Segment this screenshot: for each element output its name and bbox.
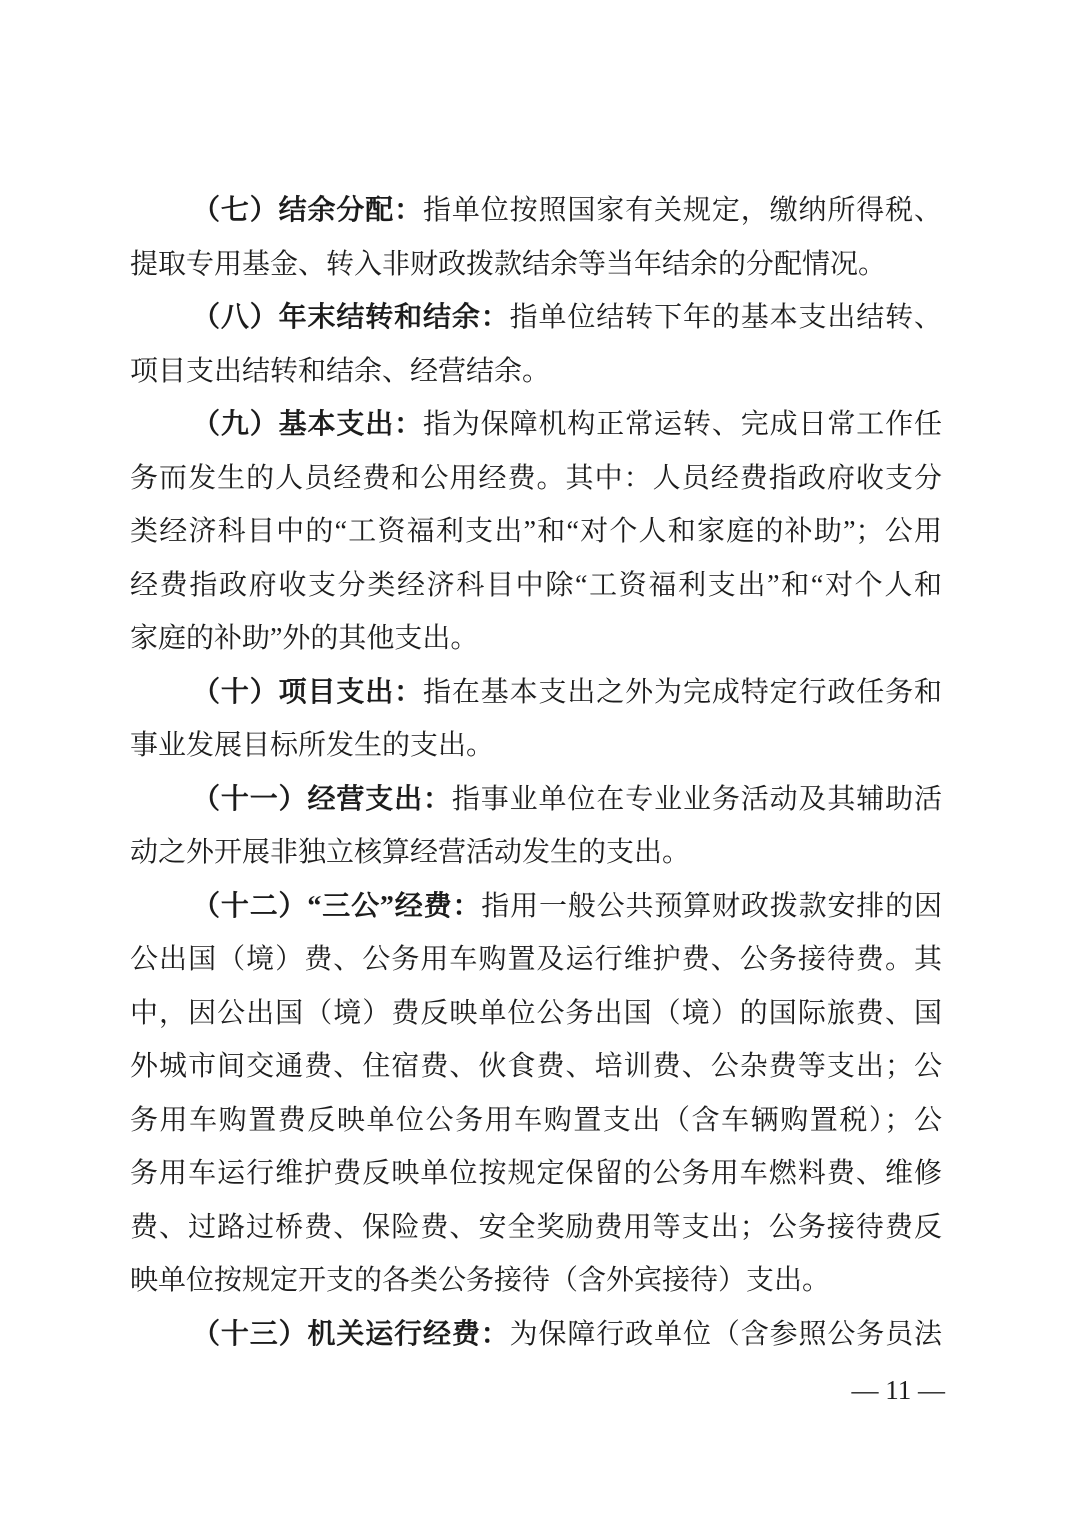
text-line: （十三）机关运行经费：为保障行政单位（含参照公务员法 bbox=[130, 1308, 942, 1362]
paragraph: （七）结余分配：指单位按照国家有关规定，缴纳所得税、提取专用基金、转入非财政拨款… bbox=[130, 184, 942, 291]
text-line: 外城市间交通费、住宿费、伙食费、培训费、公杂费等支出；公 bbox=[130, 1040, 942, 1094]
text-line: 费、过路过桥费、保险费、安全奖励费用等支出；公务接待费反 bbox=[130, 1201, 942, 1255]
paragraph: （十三）机关运行经费：为保障行政单位（含参照公务员法 bbox=[130, 1308, 942, 1362]
paragraph: （十）项目支出：指在基本支出之外为完成特定行政任务和事业发展目标所发生的支出。 bbox=[130, 666, 942, 773]
text-line: 提取专用基金、转入非财政拨款结余等当年结余的分配情况。 bbox=[130, 238, 942, 292]
body-run: 中，因公出国（境）费反映单位公务出国（境）的国际旅费、国 bbox=[130, 998, 942, 1029]
body-run: 外城市间交通费、住宿费、伙食费、培训费、公杂费等支出；公 bbox=[130, 1051, 942, 1082]
text-line: 家庭的补助”外的其他支出。 bbox=[130, 612, 942, 666]
text-line: 中，因公出国（境）费反映单位公务出国（境）的国际旅费、国 bbox=[130, 987, 942, 1041]
body-run: 类经济科目中的“工资福利支出”和“对个人和家庭的补助”；公用 bbox=[130, 516, 942, 547]
text-line: 公出国（境）费、公务用车购置及运行维护费、公务接待费。其 bbox=[130, 933, 942, 987]
body-run: 公出国（境）费、公务用车购置及运行维护费、公务接待费。其 bbox=[130, 944, 942, 975]
text-line: （七）结余分配：指单位按照国家有关规定，缴纳所得税、 bbox=[130, 184, 942, 238]
body-run: 家庭的补助”外的其他支出。 bbox=[130, 623, 478, 654]
heading-run: （十三）机关运行经费： bbox=[192, 1319, 510, 1350]
text-line: （八）年末结转和结余：指单位结转下年的基本支出结转、 bbox=[130, 291, 942, 345]
body-run: 指单位按照国家有关规定，缴纳所得税、 bbox=[423, 195, 942, 226]
heading-run: （十二）“三公”经费： bbox=[192, 891, 481, 922]
text-line: 动之外开展非独立核算经营活动发生的支出。 bbox=[130, 826, 942, 880]
body-run: 务用车运行维护费反映单位按规定保留的公务用车燃料费、维修 bbox=[130, 1158, 942, 1189]
body-run: 务而发生的人员经费和公用经费。其中：人员经费指政府收支分 bbox=[130, 463, 942, 494]
body-run: 为保障行政单位（含参照公务员法 bbox=[510, 1319, 942, 1350]
body-run: 务用车购置费反映单位公务用车购置支出（含车辆购置税）；公 bbox=[130, 1105, 942, 1136]
text-line: 项目支出结转和结余、经营结余。 bbox=[130, 345, 942, 399]
paragraph: （十一）经营支出：指事业单位在专业业务活动及其辅助活动之外开展非独立核算经营活动… bbox=[130, 773, 942, 880]
body-run: 经费指政府收支分类经济科目中除“工资福利支出”和“对个人和 bbox=[130, 570, 942, 601]
body-run: 事业发展目标所发生的支出。 bbox=[130, 730, 494, 761]
text-line: 映单位按规定开支的各类公务接待（含外宾接待）支出。 bbox=[130, 1254, 942, 1308]
heading-run: （十）项目支出： bbox=[192, 677, 423, 708]
paragraph: （八）年末结转和结余：指单位结转下年的基本支出结转、项目支出结转和结余、经营结余… bbox=[130, 291, 942, 398]
text-line: （九）基本支出：指为保障机构正常运转、完成日常工作任 bbox=[130, 398, 942, 452]
heading-run: （十一）经营支出： bbox=[192, 784, 452, 815]
text-line: （十）项目支出：指在基本支出之外为完成特定行政任务和 bbox=[130, 666, 942, 720]
text-line: （十二）“三公”经费：指用一般公共预算财政拨款安排的因 bbox=[130, 880, 942, 934]
body-run: 费、过路过桥费、保险费、安全奖励费用等支出；公务接待费反 bbox=[130, 1212, 942, 1243]
paragraph: （九）基本支出：指为保障机构正常运转、完成日常工作任务而发生的人员经费和公用经费… bbox=[130, 398, 942, 666]
body-run: 映单位按规定开支的各类公务接待（含外宾接待）支出。 bbox=[130, 1265, 830, 1296]
text-line: 务用车购置费反映单位公务用车购置支出（含车辆购置税）；公 bbox=[130, 1094, 942, 1148]
heading-run: （九）基本支出： bbox=[192, 409, 423, 440]
body-run: 指在基本支出之外为完成特定行政任务和 bbox=[423, 677, 942, 708]
paragraph: （十二）“三公”经费：指用一般公共预算财政拨款安排的因公出国（境）费、公务用车购… bbox=[130, 880, 942, 1308]
text-line: 事业发展目标所发生的支出。 bbox=[130, 719, 942, 773]
text-line: 务而发生的人员经费和公用经费。其中：人员经费指政府收支分 bbox=[130, 452, 942, 506]
heading-run: （八）年末结转和结余： bbox=[192, 302, 510, 333]
body-run: 动之外开展非独立核算经营活动发生的支出。 bbox=[130, 837, 690, 868]
document-body: （七）结余分配：指单位按照国家有关规定，缴纳所得税、提取专用基金、转入非财政拨款… bbox=[130, 184, 942, 1361]
body-run: 指单位结转下年的基本支出结转、 bbox=[510, 302, 942, 333]
body-run: 指事业单位在专业业务活动及其辅助活 bbox=[452, 784, 942, 815]
text-line: 类经济科目中的“工资福利支出”和“对个人和家庭的补助”；公用 bbox=[130, 505, 942, 559]
body-run: 指用一般公共预算财政拨款安排的因 bbox=[481, 891, 942, 922]
body-run: 提取专用基金、转入非财政拨款结余等当年结余的分配情况。 bbox=[130, 249, 886, 280]
body-run: 指为保障机构正常运转、完成日常工作任 bbox=[423, 409, 942, 440]
text-line: 务用车运行维护费反映单位按规定保留的公务用车燃料费、维修 bbox=[130, 1147, 942, 1201]
page-number: — 11 — bbox=[852, 1370, 946, 1410]
text-line: （十一）经营支出：指事业单位在专业业务活动及其辅助活 bbox=[130, 773, 942, 827]
heading-run: （七）结余分配： bbox=[192, 195, 423, 226]
body-run: 项目支出结转和结余、经营结余。 bbox=[130, 356, 550, 387]
document-page: （七）结余分配：指单位按照国家有关规定，缴纳所得税、提取专用基金、转入非财政拨款… bbox=[0, 0, 1075, 1520]
text-line: 经费指政府收支分类经济科目中除“工资福利支出”和“对个人和 bbox=[130, 559, 942, 613]
